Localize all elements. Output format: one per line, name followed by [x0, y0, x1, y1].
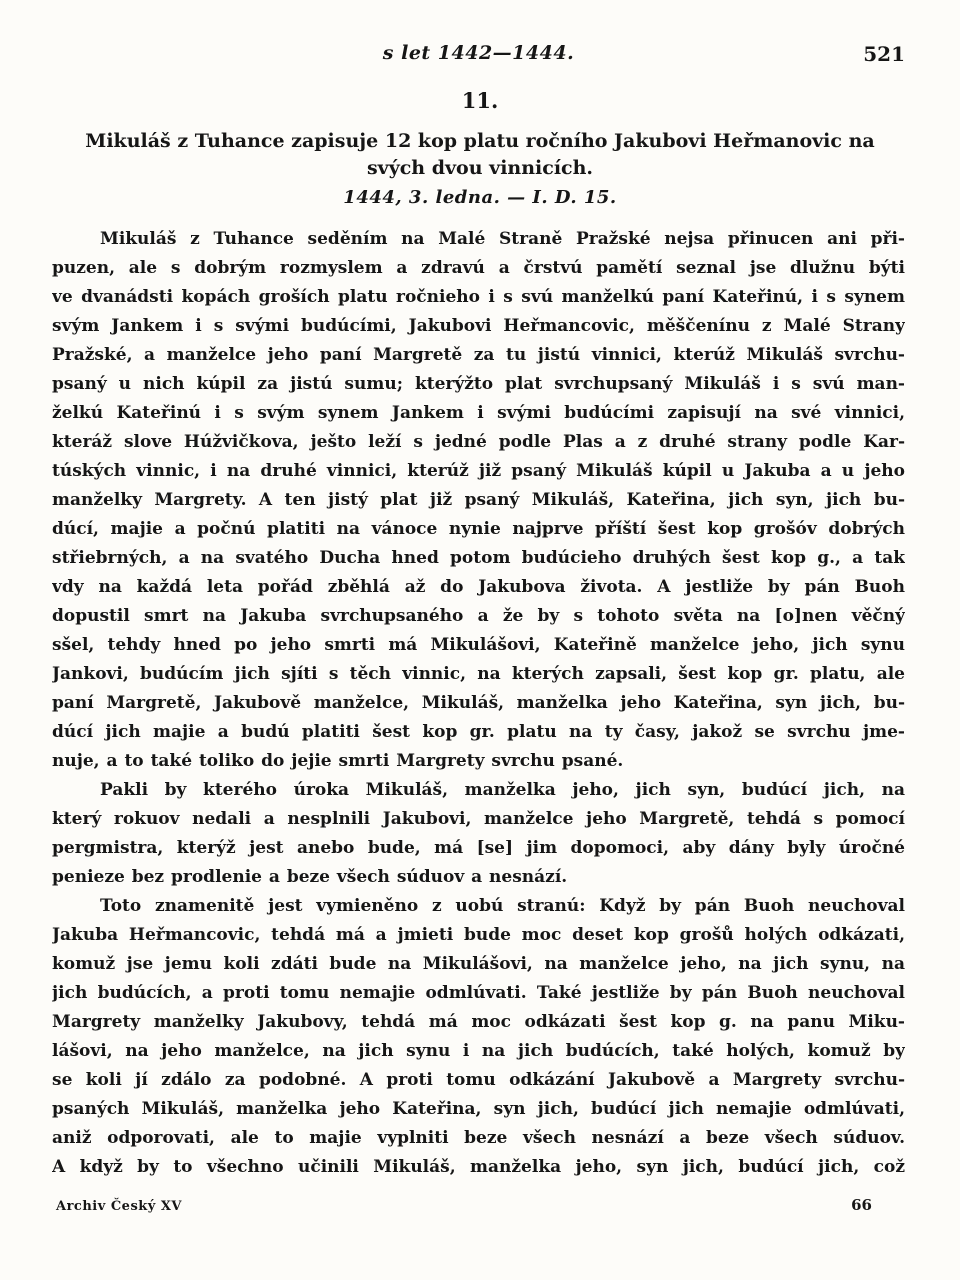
text-line: jich budúcích, a proti tomu nemajie odml…: [52, 979, 905, 1008]
text-line: kteráž slove Húžvičkova, ješto leží s je…: [52, 428, 905, 457]
text-line: Jakuba Heřmancovic, tehdá má a jmieti bu…: [52, 921, 905, 950]
text-line: dúcí jich majie a budú platiti šest kop …: [52, 718, 905, 747]
text-line: aniž odporovati, ale to majie vyplniti b…: [52, 1124, 905, 1153]
text-line: komuž jse jemu koli zdáti bude na Mikulá…: [52, 950, 905, 979]
text-line: paní Margretě, Jakubově manželce, Mikulá…: [52, 689, 905, 718]
footer-series-title: Archiv Český XV: [56, 1199, 182, 1214]
footer-signature-number: 66: [851, 1196, 872, 1214]
text-line: želkú Kateřinú i s svým synem Jankem i s…: [52, 399, 905, 428]
text-line: psaných Mikuláš, manželka jeho Kateřina,…: [52, 1095, 905, 1124]
text-line: svým Jankem i s svými budúcími, Jakubovi…: [52, 312, 905, 341]
text-line: dopustil smrt na Jakuba svrchupsaného a …: [52, 602, 905, 631]
text-line: ve dvanádsti kopách groších platu ročnie…: [52, 283, 905, 312]
page-footer: Archiv Český XV 66: [56, 1196, 905, 1218]
text-line: Toto znamenitě jest vymieněno z uobú str…: [52, 892, 905, 921]
entry-dateline: 1444, 3. ledna. — I. D. 15.: [0, 187, 960, 208]
text-line: Pakli by kterého úroka Mikuláš, manželka…: [52, 776, 905, 805]
page-header: s let 1442—1444. 521: [52, 42, 905, 68]
entry-heading: Mikuláš z Tuhance zapisuje 12 kop platu …: [57, 128, 903, 182]
text-line: pergmistra, kterýž jest anebo bude, má […: [52, 834, 905, 863]
text-line: Pražské, a manželce jeho paní Margretě z…: [52, 341, 905, 370]
text-line: dúcí, majie a počnú platiti na vánoce ny…: [52, 515, 905, 544]
body-text: Mikuláš z Tuhance seděním na Malé Straně…: [52, 225, 905, 1182]
document-page: s let 1442—1444. 521 11. Mikuláš z Tuhan…: [0, 0, 960, 1280]
text-line: manželky Margrety. A ten jistý plat již …: [52, 486, 905, 515]
text-line: psaný u nich kúpil za jistú sumu; kterýž…: [52, 370, 905, 399]
entry-number: 11.: [0, 88, 960, 113]
text-line: A když by to všechno učinili Mikuláš, ma…: [52, 1153, 905, 1182]
text-line: Mikuláš z Tuhance seděním na Malé Straně…: [52, 225, 905, 254]
text-line: vdy na každá leta pořád zběhlá až do Jak…: [52, 573, 905, 602]
text-line: se koli jí zdálo za podobné. A proti tom…: [52, 1066, 905, 1095]
text-line: lášovi, na jeho manželce, na jich synu i…: [52, 1037, 905, 1066]
page-number: 521: [863, 42, 905, 66]
text-line: nuje, a to také toliko do jejie smrti Ma…: [52, 747, 905, 776]
text-line: penieze bez prodlenie a beze všech súduo…: [52, 863, 905, 892]
running-header: s let 1442—1444.: [52, 42, 905, 64]
text-line: Margrety manželky Jakubovy, tehdá má moc…: [52, 1008, 905, 1037]
text-line: túských vinnic, i na druhé vinnici, kter…: [52, 457, 905, 486]
text-line: střiebrných, a na svatého Ducha hned pot…: [52, 544, 905, 573]
text-line: Jankovi, budúcím jich sjíti s těch vinni…: [52, 660, 905, 689]
text-line: sšel, tehdy hned po jeho smrti má Mikulá…: [52, 631, 905, 660]
text-line: který rokuov nedali a nesplnili Jakubovi…: [52, 805, 905, 834]
text-line: puzen, ale s dobrým rozmyslem a zdravú a…: [52, 254, 905, 283]
